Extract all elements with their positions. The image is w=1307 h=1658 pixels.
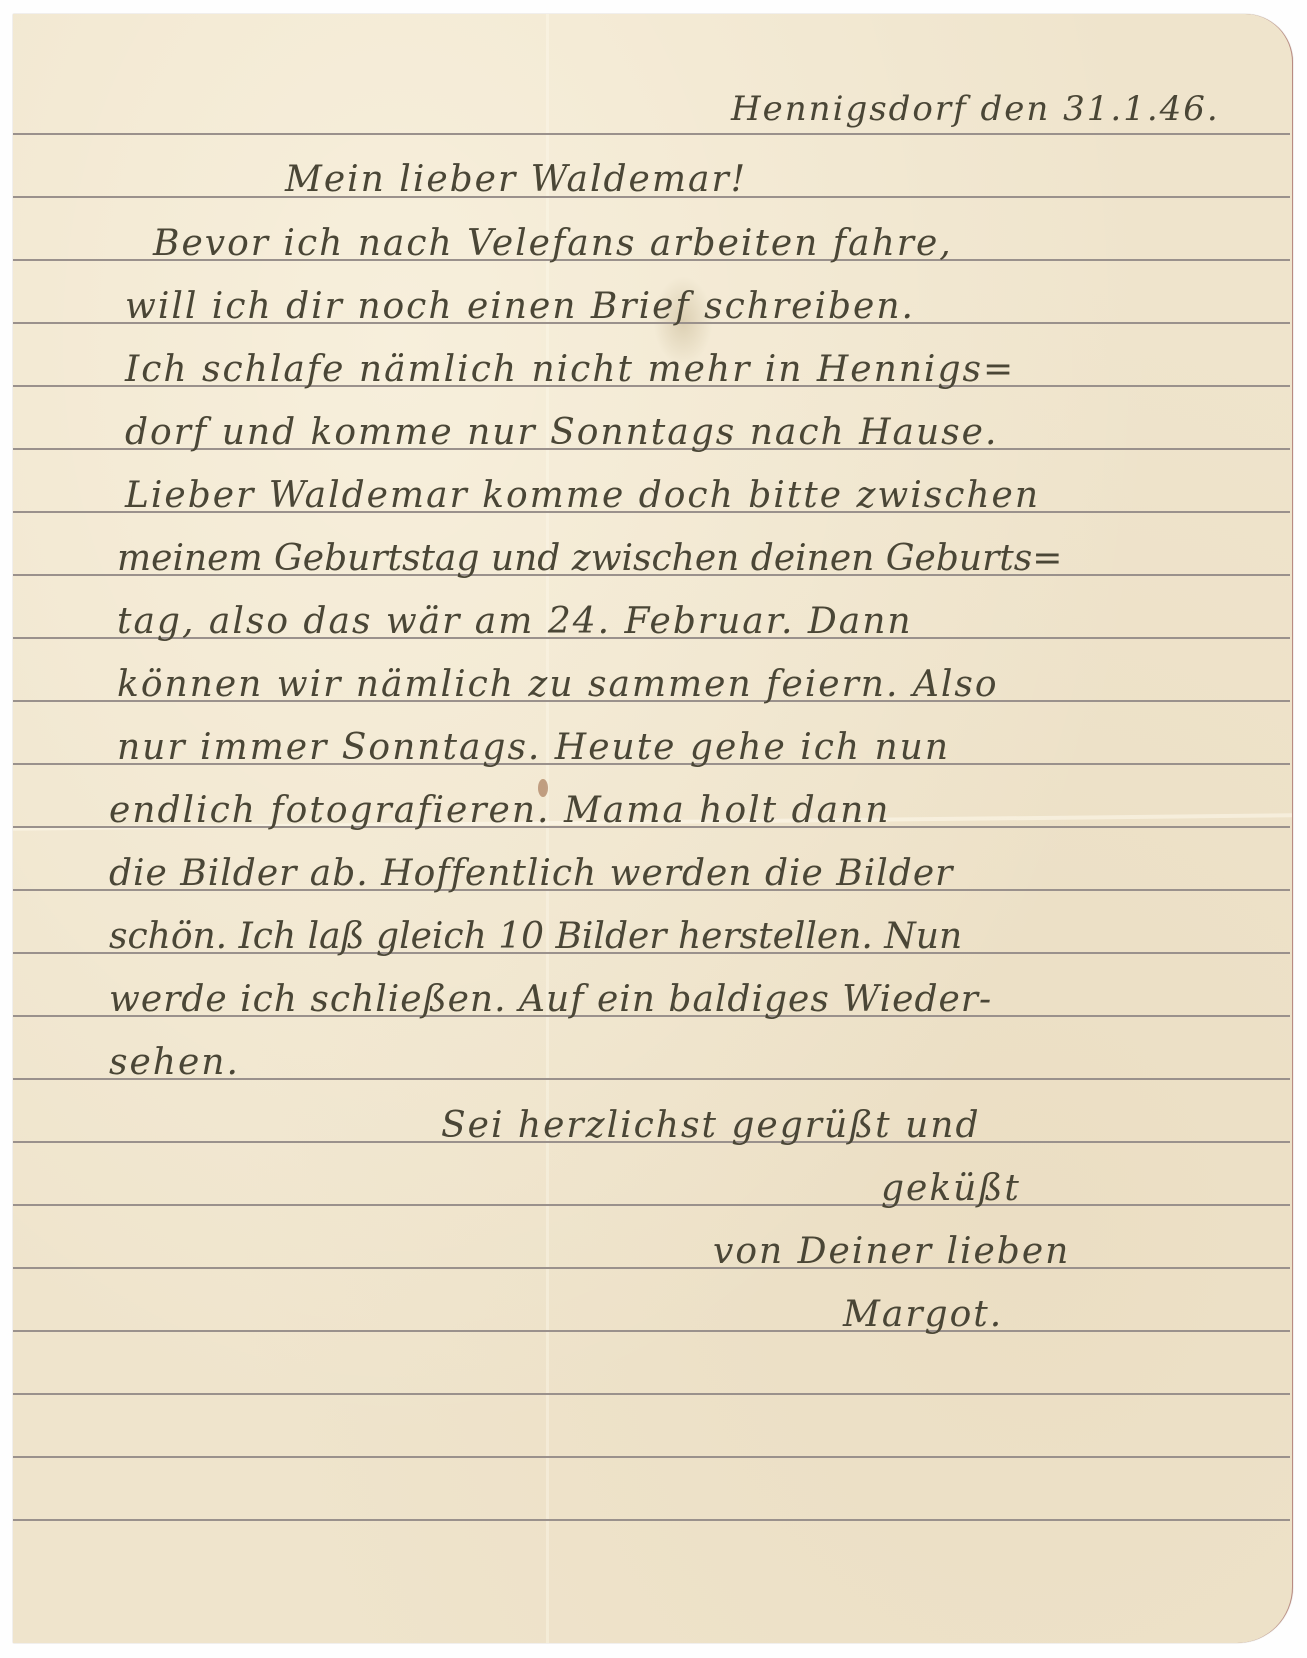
body-line: nur immer Sonntags. Heute gehe ich nun: [117, 730, 950, 766]
body-line: werde ich schließen. Auf ein baldiges Wi…: [109, 982, 992, 1018]
date-line: Hennigsdorf den 31.1.46.: [731, 92, 1220, 126]
letter-paper: Hennigsdorf den 31.1.46. Mein lieber Wal…: [13, 14, 1293, 1643]
ruled-line: [13, 1456, 1290, 1458]
body-line: meinem Geburtstag und zwischen deinen Ge…: [117, 541, 1062, 577]
ruled-line: [13, 1519, 1290, 1521]
body-line: tag, also das wär am 24. Februar. Dann: [117, 604, 913, 640]
closing-line: von Deiner lieben: [713, 1234, 1070, 1270]
body-line: will ich dir noch einen Brief schreiben.: [125, 289, 915, 325]
body-line: Bevor ich nach Velefans arbeiten fahre,: [153, 226, 953, 262]
ruled-line: [13, 1393, 1290, 1395]
body-line: können wir nämlich zu sammen feiern. Als…: [117, 667, 999, 703]
body-line: die Bilder ab. Hoffentlich werden die Bi…: [109, 856, 953, 892]
ruled-line: [13, 1330, 1290, 1332]
salutation: Mein lieber Waldemar!: [285, 162, 747, 198]
ruled-line: [13, 1204, 1290, 1206]
body-line: dorf und komme nur Sonntags nach Hause.: [125, 415, 998, 451]
closing-line: Sei herzlichst gegrüßt und: [441, 1108, 981, 1144]
body-line: Ich schlafe nämlich nicht mehr in Hennig…: [125, 352, 1015, 388]
ruled-line: [13, 133, 1290, 135]
ruled-line: [13, 1267, 1290, 1269]
body-line: Lieber Waldemar komme doch bitte zwische…: [125, 478, 1040, 514]
body-line: sehen.: [109, 1045, 240, 1081]
signature: Margot.: [843, 1297, 1003, 1333]
closing-line: geküßt: [881, 1171, 1021, 1207]
body-line: endlich fotografieren. Mama holt dann: [109, 793, 890, 829]
body-line: schön. Ich laß gleich 10 Bilder herstell…: [109, 919, 962, 955]
